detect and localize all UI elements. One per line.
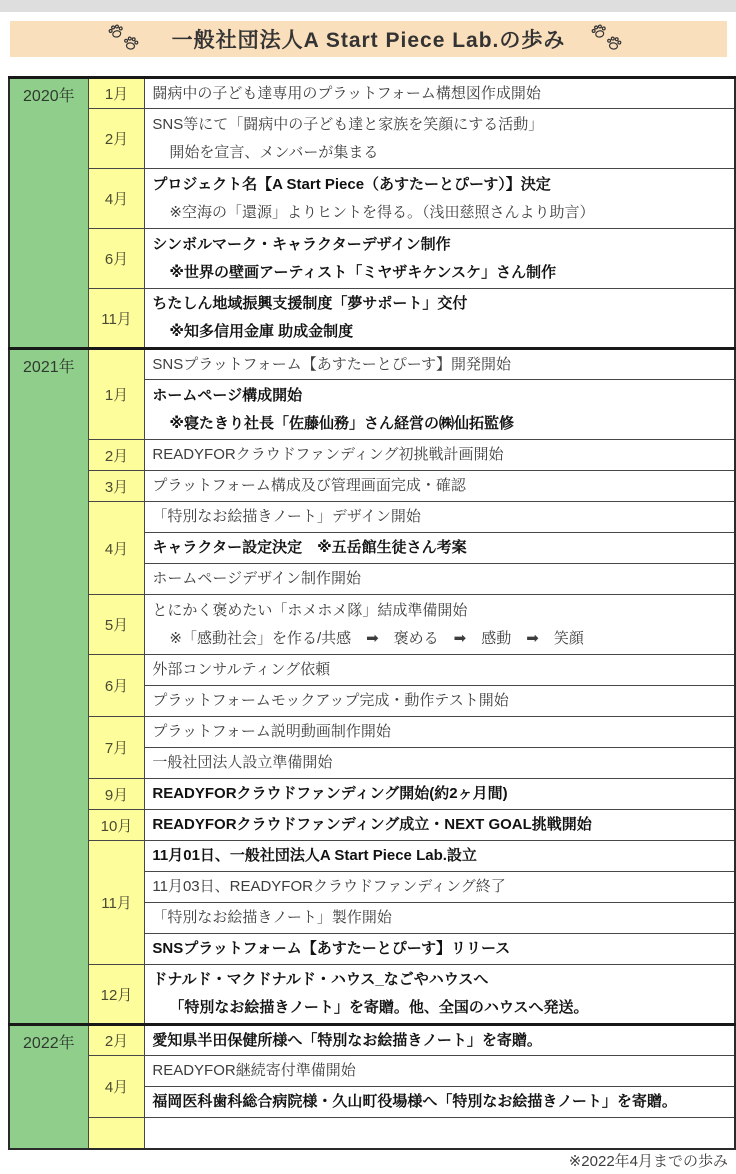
event-line: 11月01日、一般社団法人A Start Piece Lab.設立 bbox=[152, 842, 730, 870]
event-cell: 「特別なお絵描きノート」製作開始 bbox=[145, 903, 735, 934]
event-cell: 11月01日、一般社団法人A Start Piece Lab.設立 bbox=[145, 841, 735, 872]
event-line: シンボルマーク・キャラクターデザイン制作 bbox=[152, 231, 730, 259]
event-line: READYFOR継続寄付準備開始 bbox=[152, 1057, 730, 1085]
event-line: SNSプラットフォーム【あすたーとぴーす】開発開始 bbox=[152, 351, 730, 379]
timeline-row: 5月とにかく褒めたい「ホメホメ隊」結成準備開始※「感動社会」を作る/共感 ➡ 褒… bbox=[9, 595, 735, 655]
timeline-row: 11月11月01日、一般社団法人A Start Piece Lab.設立 bbox=[9, 841, 735, 872]
month-cell: 3月 bbox=[88, 471, 145, 502]
event-cell: 11月03日、READYFORクラウドファンディング終了 bbox=[145, 872, 735, 903]
event-line: READYFORクラウドファンディング初挑戦計画開始 bbox=[152, 441, 730, 469]
month-cell: 7月 bbox=[88, 717, 145, 779]
event-line: 福岡医科歯科総合病院様・久山町役場様へ「特別なお絵描きノート」を寄贈。 bbox=[152, 1088, 730, 1116]
event-line: ホームページ構成開始 bbox=[152, 382, 730, 410]
month-cell: 12月 bbox=[88, 965, 145, 1025]
event-cell: SNSプラットフォーム【あすたーとぴーす】リリース bbox=[145, 934, 735, 965]
month-cell: 1月 bbox=[88, 349, 145, 440]
event-line: ※世界の壁画アーティスト「ミヤザキケンスケ」さん制作 bbox=[152, 259, 730, 287]
month-cell: 5月 bbox=[88, 595, 145, 655]
timeline-row: 6月シンボルマーク・キャラクターデザイン制作※世界の壁画アーティスト「ミヤザキケ… bbox=[9, 229, 735, 289]
month-cell: 10月 bbox=[88, 810, 145, 841]
year-cell: 2021年 bbox=[9, 349, 88, 1025]
event-cell: 外部コンサルティング依頼 bbox=[145, 655, 735, 686]
event-line: キャラクター設定決定 ※五岳館生徒さん考案 bbox=[152, 534, 730, 562]
year-cell: 2022年 bbox=[9, 1025, 88, 1149]
event-cell: SNSプラットフォーム【あすたーとぴーす】開発開始 bbox=[145, 349, 735, 380]
event-cell: キャラクター設定決定 ※五岳館生徒さん考案 bbox=[145, 533, 735, 564]
timeline-row: 3月プラットフォーム構成及び管理画面完成・確認 bbox=[9, 471, 735, 502]
event-cell: READYFOR継続寄付準備開始 bbox=[145, 1056, 735, 1087]
event-line: 愛知県半田保健所様へ「特別なお絵描きノート」を寄贈。 bbox=[152, 1027, 730, 1055]
event-cell bbox=[145, 1118, 735, 1149]
event-line: プラットフォームモックアップ完成・動作テスト開始 bbox=[152, 687, 730, 715]
paw-print-icon bbox=[591, 22, 629, 56]
event-line: とにかく褒めたい「ホメホメ隊」結成準備開始 bbox=[152, 597, 730, 625]
year-cell: 2020年 bbox=[9, 78, 88, 349]
event-line: ホームページデザイン制作開始 bbox=[152, 565, 730, 593]
timeline-row: 4月「特別なお絵描きノート」デザイン開始 bbox=[9, 502, 735, 533]
title-bar: 一般社団法人A Start Piece Lab.の歩み bbox=[10, 21, 727, 57]
event-line: SNS等にて「闘病中の子ども達と家族を笑顔にする活動」 bbox=[152, 111, 730, 139]
event-line: ※知多信用金庫 助成金制度 bbox=[152, 318, 730, 346]
scan-edge-strip bbox=[0, 0, 736, 12]
event-cell: SNS等にて「闘病中の子ども達と家族を笑顔にする活動」開始を宣言、メンバーが集ま… bbox=[145, 109, 735, 169]
timeline-row: 11月ちたしん地域振興支援制度「夢サポート」交付※知多信用金庫 助成金制度 bbox=[9, 289, 735, 349]
event-cell: 愛知県半田保健所様へ「特別なお絵描きノート」を寄贈。 bbox=[145, 1025, 735, 1056]
month-cell: 6月 bbox=[88, 655, 145, 717]
timeline-row: 7月プラットフォーム説明動画制作開始 bbox=[9, 717, 735, 748]
event-line: プラットフォーム構成及び管理画面完成・確認 bbox=[152, 472, 730, 500]
timeline-table: 2020年1月闘病中の子ども達専用のプラットフォーム構想図作成開始2月SNS等に… bbox=[8, 76, 736, 1150]
event-line: 11月03日、READYFORクラウドファンディング終了 bbox=[152, 873, 730, 901]
event-cell: 闘病中の子ども達専用のプラットフォーム構想図作成開始 bbox=[145, 78, 735, 109]
timeline-table-wrap: 2020年1月闘病中の子ども達専用のプラットフォーム構想図作成開始2月SNS等に… bbox=[8, 76, 736, 1150]
event-cell: 「特別なお絵描きノート」デザイン開始 bbox=[145, 502, 735, 533]
paw-print-icon bbox=[605, 34, 624, 53]
timeline-row: 6月外部コンサルティング依頼 bbox=[9, 655, 735, 686]
event-cell: とにかく褒めたい「ホメホメ隊」結成準備開始※「感動社会」を作る/共感 ➡ 褒める… bbox=[145, 595, 735, 655]
month-cell: 2月 bbox=[88, 440, 145, 471]
timeline-table-body: 2020年1月闘病中の子ども達専用のプラットフォーム構想図作成開始2月SNS等に… bbox=[9, 78, 735, 1149]
event-line: 外部コンサルティング依頼 bbox=[152, 656, 730, 684]
event-cell: READYFORクラウドファンディング開始(約2ヶ月間) bbox=[145, 779, 735, 810]
timeline-row: 2月READYFORクラウドファンディング初挑戦計画開始 bbox=[9, 440, 735, 471]
event-line: SNSプラットフォーム【あすたーとぴーす】リリース bbox=[152, 935, 730, 963]
month-cell: 11月 bbox=[88, 289, 145, 349]
month-cell bbox=[88, 1118, 145, 1149]
timeline-row: 2020年1月闘病中の子ども達専用のプラットフォーム構想図作成開始 bbox=[9, 78, 735, 109]
event-line: READYFORクラウドファンディング開始(約2ヶ月間) bbox=[152, 780, 730, 808]
paw-print-icon bbox=[108, 22, 146, 56]
month-cell: 4月 bbox=[88, 169, 145, 229]
month-cell: 4月 bbox=[88, 502, 145, 595]
event-line: プラットフォーム説明動画制作開始 bbox=[152, 718, 730, 746]
event-line: 「特別なお絵描きノート」製作開始 bbox=[152, 904, 730, 932]
event-cell: シンボルマーク・キャラクターデザイン制作※世界の壁画アーティスト「ミヤザキケンス… bbox=[145, 229, 735, 289]
footer-note: ※2022年4月までの歩み bbox=[569, 1150, 728, 1171]
event-cell: READYFORクラウドファンディング初挑戦計画開始 bbox=[145, 440, 735, 471]
month-cell: 1月 bbox=[88, 78, 145, 109]
paw-print-icon bbox=[121, 34, 140, 53]
event-line: ※空海の「還源」よりヒントを得る。（浅田慈照さんより助言） bbox=[152, 199, 730, 227]
event-cell: プロジェクト名【A Start Piece（あすたーとぴーす）】決定※空海の「還… bbox=[145, 169, 735, 229]
event-line: ドナルド・マクドナルド・ハウス_なごやハウスへ bbox=[152, 966, 730, 994]
timeline-row: 12月ドナルド・マクドナルド・ハウス_なごやハウスへ「特別なお絵描きノート」を寄… bbox=[9, 965, 735, 1025]
month-cell: 6月 bbox=[88, 229, 145, 289]
page-title: 一般社団法人A Start Piece Lab.の歩み bbox=[172, 24, 566, 54]
event-cell: ホームページデザイン制作開始 bbox=[145, 564, 735, 595]
event-cell: READYFORクラウドファンディング成立・NEXT GOAL挑戦開始 bbox=[145, 810, 735, 841]
timeline-row: 2月SNS等にて「闘病中の子ども達と家族を笑顔にする活動」開始を宣言、メンバーが… bbox=[9, 109, 735, 169]
timeline-row: 10月READYFORクラウドファンディング成立・NEXT GOAL挑戦開始 bbox=[9, 810, 735, 841]
month-cell: 11月 bbox=[88, 841, 145, 965]
event-cell: プラットフォーム説明動画制作開始 bbox=[145, 717, 735, 748]
timeline-row: 2021年1月SNSプラットフォーム【あすたーとぴーす】開発開始 bbox=[9, 349, 735, 380]
timeline-row bbox=[9, 1118, 735, 1149]
event-line: READYFORクラウドファンディング成立・NEXT GOAL挑戦開始 bbox=[152, 811, 730, 839]
month-cell: 2月 bbox=[88, 1025, 145, 1056]
month-cell: 2月 bbox=[88, 109, 145, 169]
event-line: 闘病中の子ども達専用のプラットフォーム構想図作成開始 bbox=[152, 80, 730, 108]
event-cell: プラットフォーム構成及び管理画面完成・確認 bbox=[145, 471, 735, 502]
month-cell: 4月 bbox=[88, 1056, 145, 1118]
event-line: ※「感動社会」を作る/共感 ➡ 褒める ➡ 感動 ➡ 笑顔 bbox=[152, 625, 730, 653]
timeline-row: 9月READYFORクラウドファンディング開始(約2ヶ月間) bbox=[9, 779, 735, 810]
timeline-row: 2022年2月愛知県半田保健所様へ「特別なお絵描きノート」を寄贈。 bbox=[9, 1025, 735, 1056]
event-cell: ちたしん地域振興支援制度「夢サポート」交付※知多信用金庫 助成金制度 bbox=[145, 289, 735, 349]
timeline-row: 4月READYFOR継続寄付準備開始 bbox=[9, 1056, 735, 1087]
event-cell: ドナルド・マクドナルド・ハウス_なごやハウスへ「特別なお絵描きノート」を寄贈。他… bbox=[145, 965, 735, 1025]
event-cell: プラットフォームモックアップ完成・動作テスト開始 bbox=[145, 686, 735, 717]
event-cell: ホームページ構成開始※寝たきり社長「佐藤仙務」さん経営の㈱仙拓監修 bbox=[145, 380, 735, 440]
event-line: プロジェクト名【A Start Piece（あすたーとぴーす）】決定 bbox=[152, 171, 730, 199]
event-cell: 一般社団法人設立準備開始 bbox=[145, 748, 735, 779]
event-line: 「特別なお絵描きノート」デザイン開始 bbox=[152, 503, 730, 531]
event-line: 開始を宣言、メンバーが集まる bbox=[152, 139, 730, 167]
event-line: ※寝たきり社長「佐藤仙務」さん経営の㈱仙拓監修 bbox=[152, 410, 730, 438]
month-cell: 9月 bbox=[88, 779, 145, 810]
event-line: ちたしん地域振興支援制度「夢サポート」交付 bbox=[152, 290, 730, 318]
event-line: 一般社団法人設立準備開始 bbox=[152, 749, 730, 777]
timeline-row: 4月プロジェクト名【A Start Piece（あすたーとぴーす）】決定※空海の… bbox=[9, 169, 735, 229]
event-line: 「特別なお絵描きノート」を寄贈。他、全国のハウスへ発送。 bbox=[152, 994, 730, 1022]
event-cell: 福岡医科歯科総合病院様・久山町役場様へ「特別なお絵描きノート」を寄贈。 bbox=[145, 1087, 735, 1118]
paw-print-icon bbox=[106, 21, 125, 40]
